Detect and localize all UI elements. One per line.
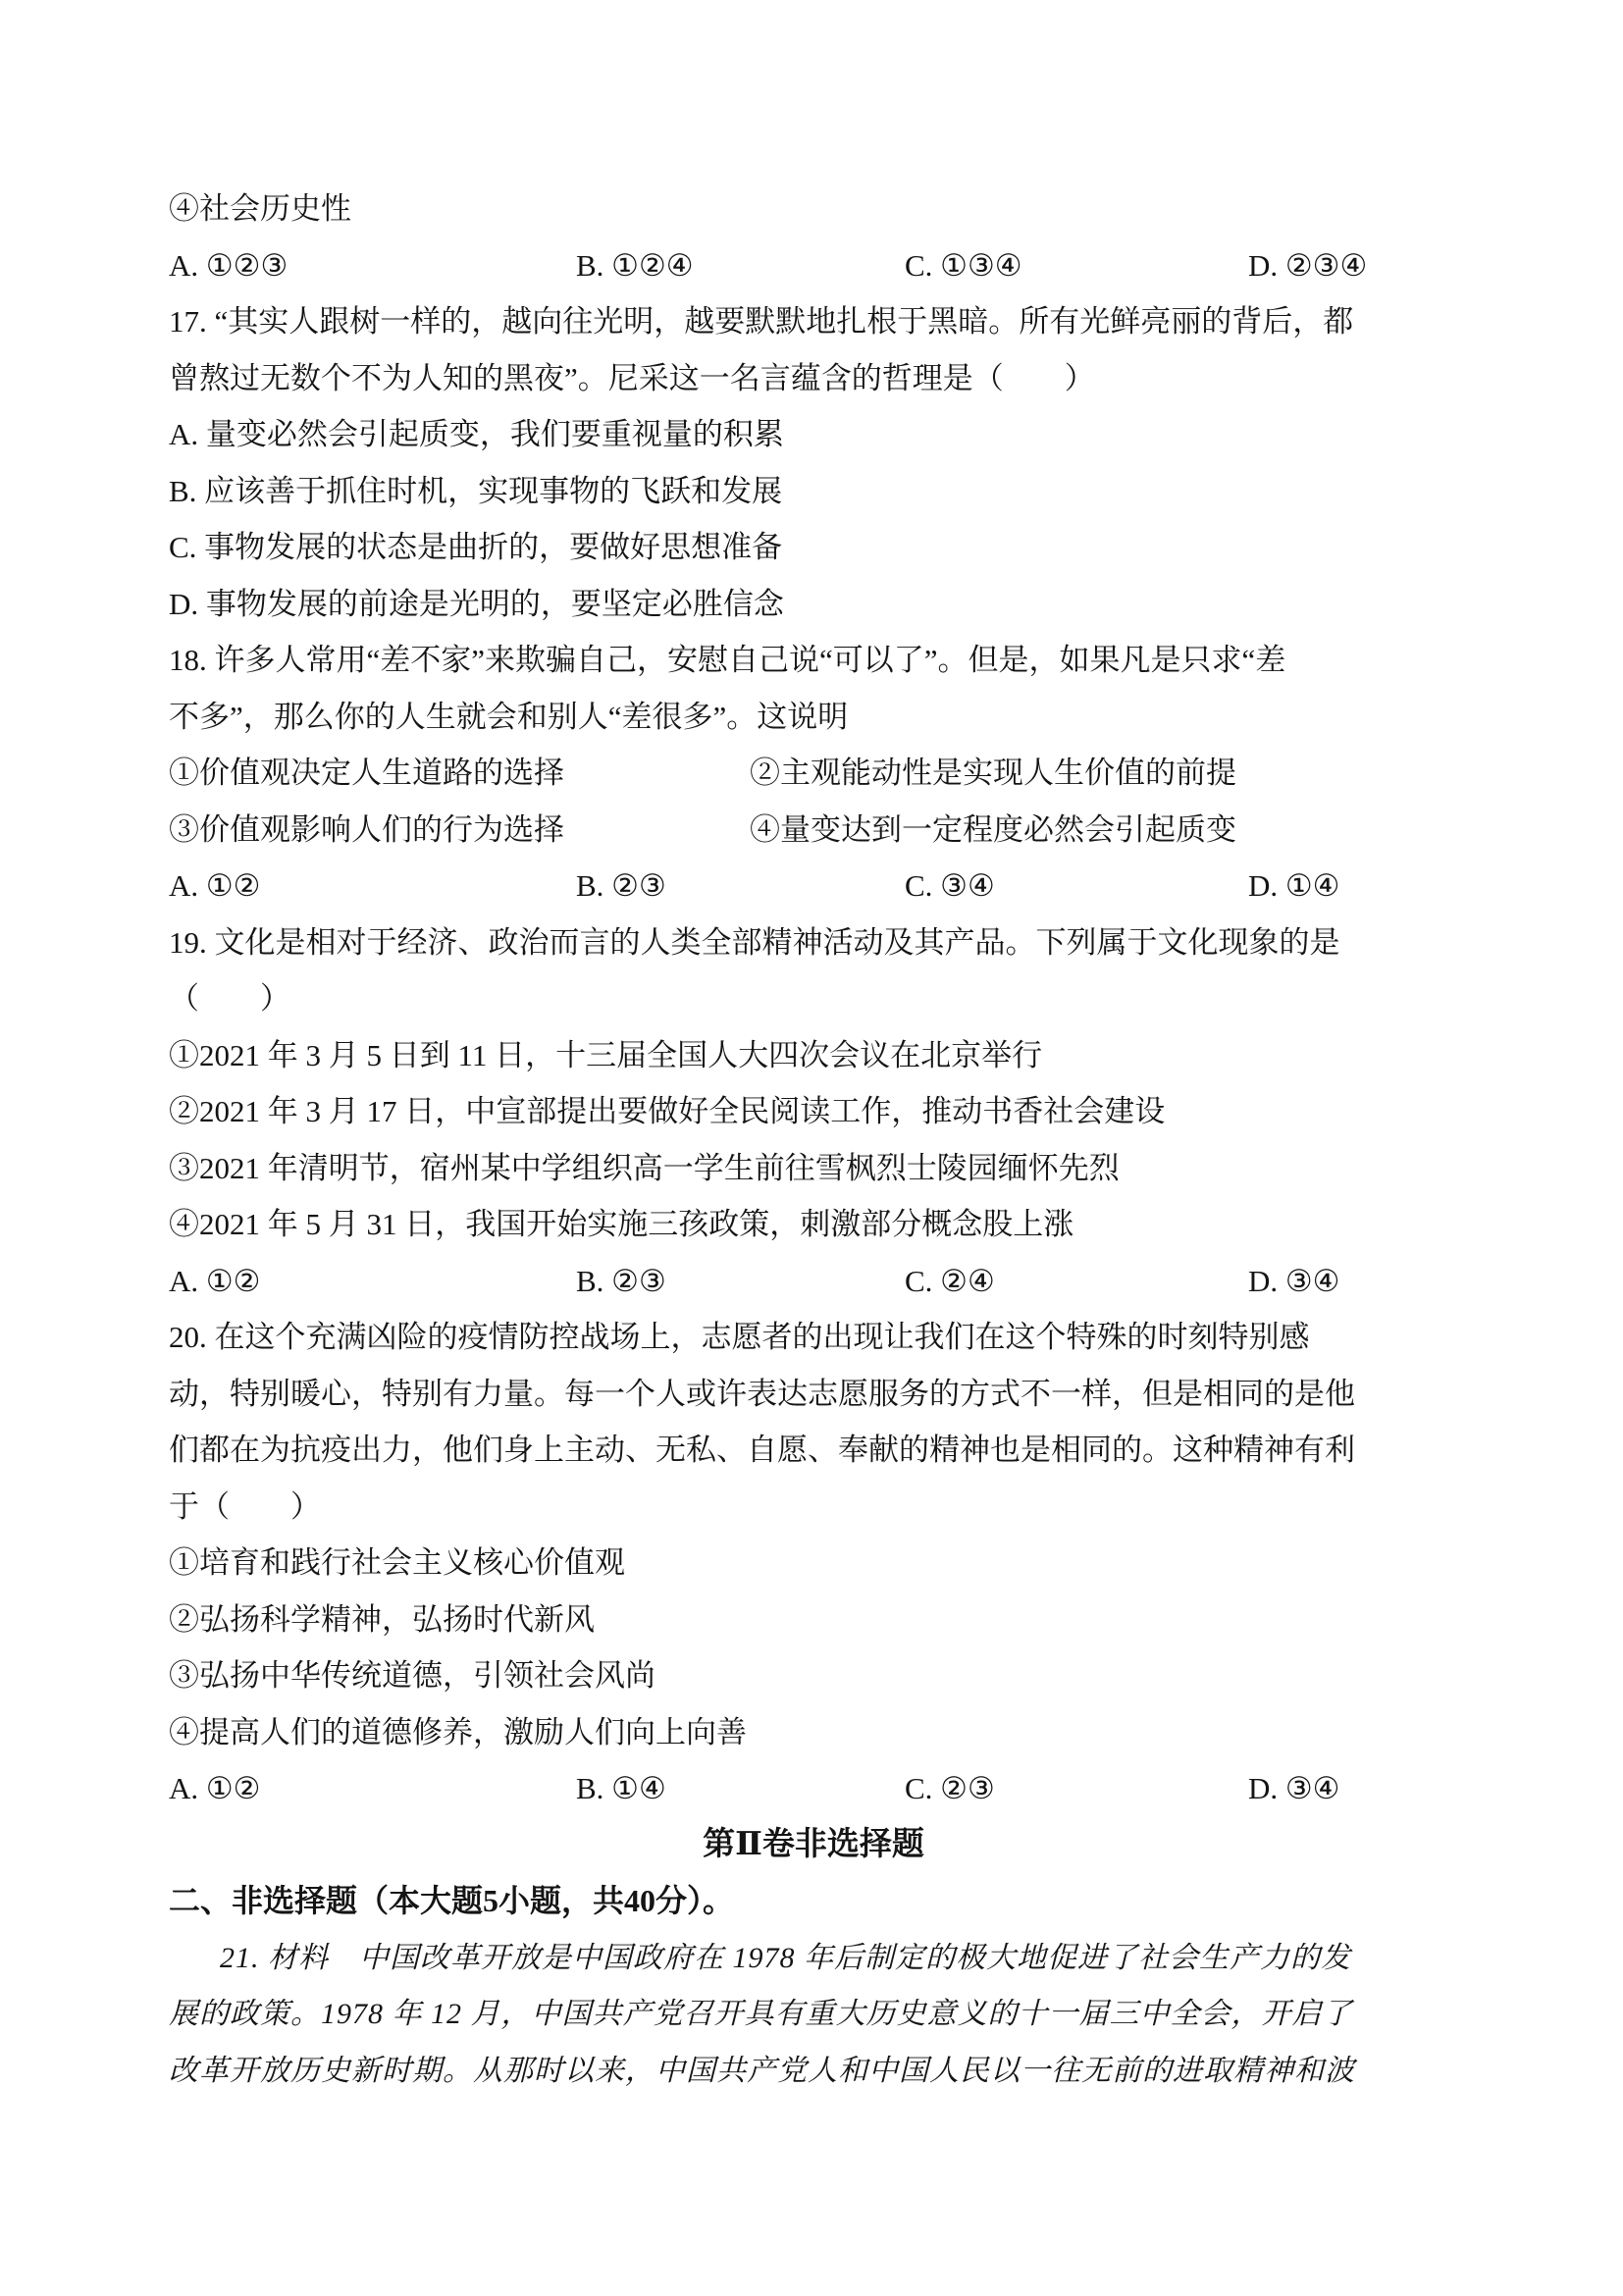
exam-paper-page: ④社会历史性 A. ①②③ B. ①②④ C. ①③④ D. ②③④ 17. “… — [0, 0, 1623, 2296]
q19-item-1: ①2021 年 3 月 5 日到 11 日，十三届全国人大四次会议在北京举行 — [169, 1027, 1458, 1084]
q19-item-2: ②2021 年 3 月 17 日，中宣部提出要做好全民阅读工作，推动书香社会建设 — [169, 1083, 1458, 1140]
q17-stem-line-1: 17. “其实人跟树一样的，越向往光明，越要默默地扎根于黑暗。所有光鲜亮丽的背后… — [169, 293, 1458, 350]
q21-material-line-1: 21. 材料 中国改革开放是中国政府在 1978 年后制定的极大地促进了社会生产… — [169, 1930, 1458, 1987]
q20-stem-line-3: 们都在为抗疫出力，他们身上主动、无私、自愿、奉献的精神也是相同的。这种精神有利 — [169, 1422, 1458, 1479]
q20-option-a: A. ①② — [169, 1760, 576, 1817]
q20-item-3: ③弘扬中华传统道德，引领社会风尚 — [169, 1647, 1458, 1704]
q16-option-d: D. ②③④ — [1248, 237, 1458, 294]
q20-stem-line-2: 动，特别暖心，特别有力量。每一个人或许表达志愿服务的方式不一样，但是相同的是他 — [169, 1366, 1458, 1423]
q18-option-a: A. ①② — [169, 858, 576, 914]
q16-option-b: B. ①②④ — [576, 237, 905, 294]
q18-item-1: ①价值观决定人生道路的选择 — [169, 745, 750, 802]
q21-material-line-2: 展的政策。1978 年 12 月，中国共产党召开具有重大历史意义的十一届三中全会… — [169, 1986, 1458, 2043]
q20-item-4: ④提高人们的道德修养，激励人们向上向善 — [169, 1704, 1458, 1761]
q18-items-row-1: ①价值观决定人生道路的选择 ②主观能动性是实现人生价值的前提 — [169, 745, 1458, 802]
q19-option-a: A. ①② — [169, 1253, 576, 1310]
q20-answer-row: A. ①② B. ①④ C. ②③ D. ③④ — [169, 1760, 1458, 1817]
q20-stem-line-4: 于（ ） — [169, 1479, 1458, 1536]
q19-option-c: C. ②④ — [905, 1253, 1248, 1310]
q17-choice-c: C. 事物发展的状态是曲折的，要做好思想准备 — [169, 519, 1458, 576]
part2-title: 第Ⅱ卷非选择题 — [169, 1817, 1458, 1874]
q19-option-d: D. ③④ — [1248, 1253, 1458, 1310]
q19-answer-row: A. ①② B. ②③ C. ②④ D. ③④ — [169, 1253, 1458, 1310]
q19-option-b: B. ②③ — [576, 1253, 905, 1310]
q20-item-2: ②弘扬科学精神，弘扬时代新风 — [169, 1592, 1458, 1648]
q18-items-row-2: ③价值观影响人们的行为选择 ④量变达到一定程度必然会引起质变 — [169, 802, 1458, 859]
q17-stem-line-2: 曾熬过无数个不为人知的黑夜”。尼采这一名言蕴含的哲理是（ ） — [169, 350, 1458, 407]
q18-item-4: ④量变达到一定程度必然会引起质变 — [750, 802, 1458, 859]
q16-item-4: ④社会历史性 — [169, 181, 1458, 237]
q17-choice-b: B. 应该善于抓住时机，实现事物的飞跃和发展 — [169, 463, 1458, 520]
q21-material-line-3: 改革开放历史新时期。从那时以来，中国共产党人和中国人民以一往无前的进取精神和波 — [169, 2043, 1458, 2100]
q17-choice-d: D. 事物发展的前途是光明的，要坚定必胜信念 — [169, 576, 1458, 633]
q19-stem-line-2: （ ） — [169, 970, 1458, 1027]
q18-item-2: ②主观能动性是实现人生价值的前提 — [750, 745, 1458, 802]
q20-option-b: B. ①④ — [576, 1760, 905, 1817]
q18-option-b: B. ②③ — [576, 858, 905, 914]
q16-option-c: C. ①③④ — [905, 237, 1248, 294]
q17-choice-a: A. 量变必然会引起质变，我们要重视量的积累 — [169, 406, 1458, 463]
q19-stem-line-1: 19. 文化是相对于经济、政治而言的人类全部精神活动及其产品。下列属于文化现象的… — [169, 914, 1458, 971]
q18-item-3: ③价值观影响人们的行为选择 — [169, 802, 750, 859]
q18-stem-line-2: 不多”，那么你的人生就会和别人“差很多”。这说明 — [169, 689, 1458, 746]
q19-item-3: ③2021 年清明节，宿州某中学组织高一学生前往雪枫烈士陵园缅怀先烈 — [169, 1140, 1458, 1197]
q18-option-c: C. ③④ — [905, 858, 1248, 914]
q18-option-d: D. ①④ — [1248, 858, 1458, 914]
q16-option-a: A. ①②③ — [169, 237, 576, 294]
q20-option-d: D. ③④ — [1248, 1760, 1458, 1817]
q19-item-4: ④2021 年 5 月 31 日，我国开始实施三孩政策，刺激部分概念股上涨 — [169, 1196, 1458, 1253]
q16-answer-row: A. ①②③ B. ①②④ C. ①③④ D. ②③④ — [169, 237, 1458, 294]
q20-option-c: C. ②③ — [905, 1760, 1248, 1817]
q18-stem-line-1: 18. 许多人常用“差不家”来欺骗自己，安慰自己说“可以了”。但是，如果凡是只求… — [169, 632, 1458, 689]
q20-item-1: ①培育和践行社会主义核心价值观 — [169, 1535, 1458, 1592]
q18-answer-row: A. ①② B. ②③ C. ③④ D. ①④ — [169, 858, 1458, 914]
part2-section-heading: 二、非选择题（本大题5小题，共40分）。 — [169, 1873, 1458, 1930]
q20-stem-line-1: 20. 在这个充满凶险的疫情防控战场上，志愿者的出现让我们在这个特殊的时刻特别感 — [169, 1309, 1458, 1366]
